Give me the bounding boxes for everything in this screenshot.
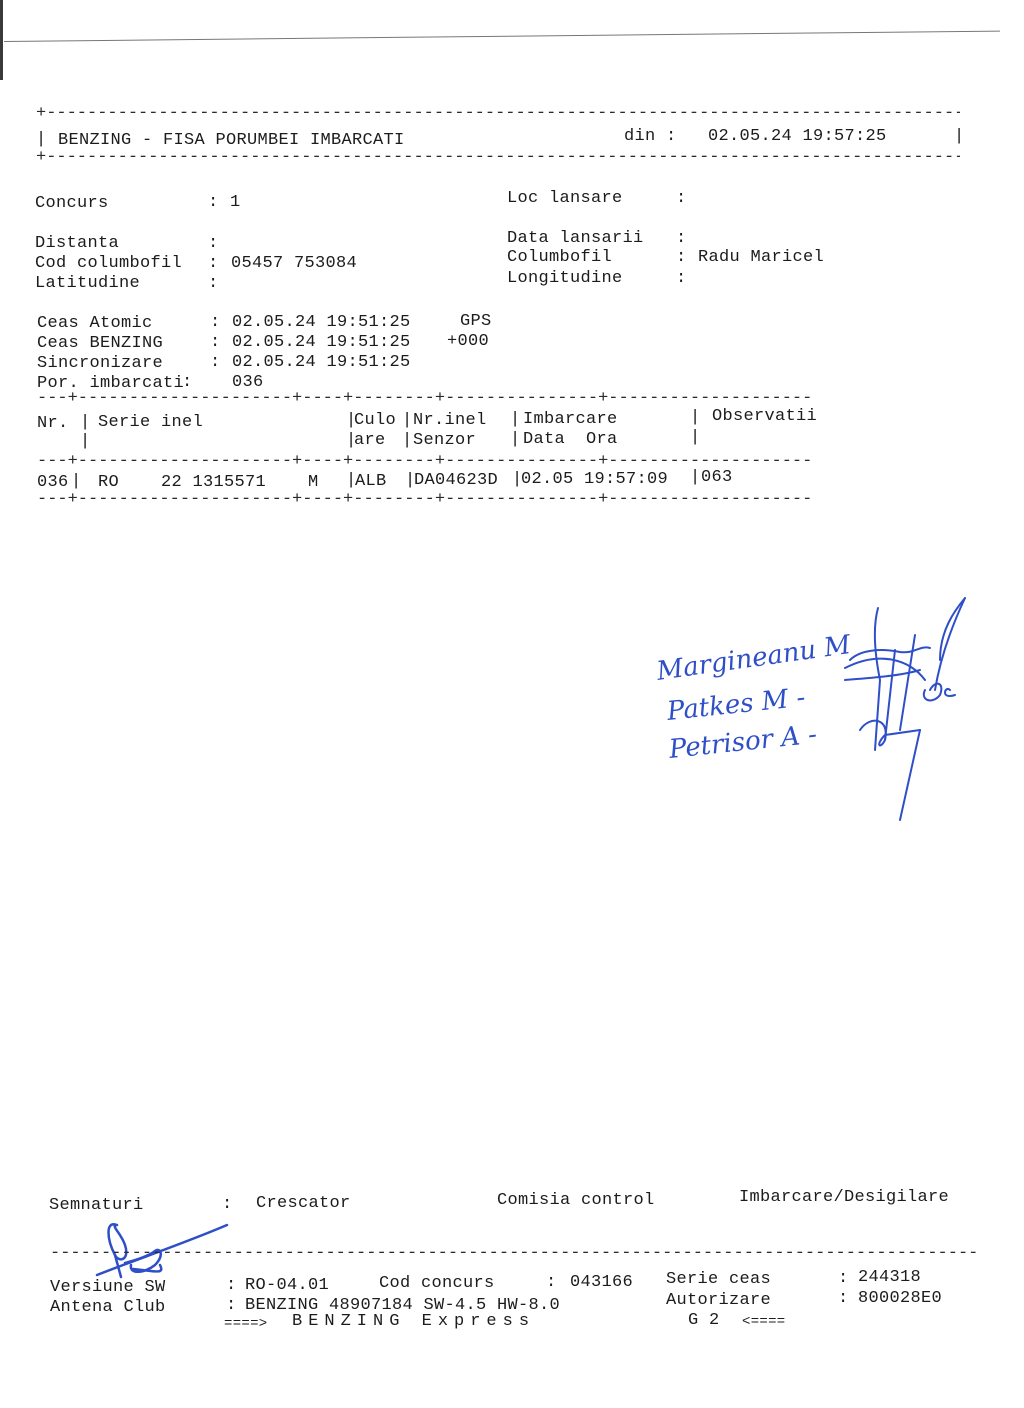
value-ceas-benzing: 02.05.24 19:51:25 [232, 333, 411, 353]
table-border-bottom: ---+---------------------+----+--------+… [37, 490, 965, 510]
th-nr: Nr. [37, 414, 69, 434]
sep: : [210, 313, 221, 333]
col-sep: | [71, 472, 82, 492]
label-comisia-control: Comisia control [497, 1191, 655, 1211]
th-nr-inel-1: Nr.inel [413, 411, 487, 431]
cell-observatii: 063 [701, 468, 733, 488]
handwritten-name-3: Petrisor A - [667, 720, 819, 765]
cell-imbarcare: 02.05 19:57:09 [521, 470, 668, 490]
sep-concurs: : [208, 193, 219, 213]
label-imbarcare-desigilare: Imbarcare/Desigilare [739, 1188, 949, 1208]
banner-model: G 2 [688, 1311, 720, 1331]
label-serie-ceas: Serie ceas [666, 1270, 771, 1290]
value-serie-ceas: 244318 [858, 1268, 921, 1288]
label-distanta: Distanta [35, 234, 119, 254]
label-autorizare: Autorizare [666, 1291, 771, 1311]
sep-columbofil: : [676, 248, 687, 268]
sep-cod-columbofil: : [208, 254, 219, 274]
sep: : [210, 333, 221, 353]
th-culoare-1: Culo [354, 411, 396, 431]
scan-top-rule [4, 31, 1000, 42]
col-sep: | [510, 410, 521, 430]
sep: : [226, 1296, 237, 1316]
label-ceas-benzing: Ceas BENZING [37, 334, 163, 354]
label-latitudine: Latitudine [35, 274, 140, 294]
sep: : [226, 1276, 237, 1296]
header-pipe-left: | [36, 130, 47, 150]
sep: : [210, 353, 221, 373]
label-semnaturi: Semnaturi [49, 1196, 144, 1216]
label-data-lansarii: Data lansarii [507, 229, 644, 249]
commission-signatures: Margineanu M Patkes M - Petrisor A - [640, 590, 980, 830]
label-versiune-sw: Versiune SW [50, 1278, 166, 1298]
extra-ceas-benzing: +000 [447, 332, 489, 352]
sep: : [838, 1269, 849, 1289]
th-serie-inel: Serie inel [98, 413, 203, 433]
value-cod-concurs: 043166 [570, 1273, 633, 1293]
th-nr-inel-2: Senzor [413, 431, 476, 451]
banner-arrow-right: <==== [742, 1312, 786, 1332]
value-columbofil: Radu Maricel [698, 248, 824, 268]
th-imbarcare-1: Imbarcare [523, 410, 618, 430]
label-antena-club: Antena Club [50, 1298, 166, 1318]
label-concurs: Concurs [35, 194, 109, 214]
extra-ceas-atomic: GPS [460, 312, 492, 332]
label-ceas-atomic: Ceas Atomic [37, 314, 153, 334]
sep: : [838, 1289, 849, 1309]
col-sep: | [80, 413, 91, 433]
header-din-value: 02.05.24 19:57:25 [708, 127, 887, 147]
col-sep: | [510, 430, 521, 450]
col-sep: | [690, 408, 701, 428]
cell-culoare: ALB [355, 472, 387, 492]
header-din-label: din : [624, 127, 677, 147]
col-sep: | [80, 432, 91, 452]
value-cod-columbofil: 05457 753084 [231, 254, 357, 274]
sep: : [546, 1273, 557, 1293]
table-border-top: ---+---------------------+----+--------+… [37, 389, 965, 409]
page-edge [0, 0, 3, 80]
th-observatii: Observatii [712, 407, 817, 427]
th-culoare-2: are [354, 431, 386, 451]
header-pipe-right: | [954, 127, 965, 147]
value-ceas-atomic: 02.05.24 19:51:25 [232, 313, 411, 333]
sep-data-lansarii: : [676, 229, 687, 249]
header-border-bottom: +---------------------------------------… [36, 148, 960, 168]
col-sep: | [690, 428, 701, 448]
col-sep: | [690, 468, 701, 488]
cell-senzor: DA04623D [414, 471, 498, 491]
sep-loc-lansare: : [676, 189, 687, 209]
handwritten-name-1: Margineanu M [654, 630, 854, 687]
header-border-top: +---------------------------------------… [36, 104, 960, 124]
label-longitudine: Longitudine [507, 269, 623, 289]
value-concurs: 1 [230, 193, 241, 213]
label-sincronizare: Sincronizare [37, 354, 163, 374]
handwritten-name-2: Patkes M - [665, 683, 807, 727]
sep-semnaturi: : [222, 1195, 233, 1215]
table-border-mid: ---+---------------------+----+--------+… [37, 452, 965, 472]
col-sep: | [402, 431, 413, 451]
th-imbarcare-2: Data Ora [523, 430, 618, 450]
banner-arrow-left: ====> [224, 1314, 268, 1334]
value-versiune-sw: RO-04.01 [245, 1276, 329, 1296]
footer-divider: ----------------------------------------… [50, 1244, 976, 1264]
sep-distanta: : [208, 234, 219, 254]
label-cod-concurs: Cod concurs [379, 1274, 495, 1294]
label-crescator: Crescator [256, 1194, 351, 1214]
col-sep: | [402, 411, 413, 431]
sep-longitudine: : [676, 269, 687, 289]
value-autorizare: 800028E0 [858, 1289, 942, 1309]
label-loc-lansare: Loc lansare [507, 189, 623, 209]
label-cod-columbofil: Cod columbofil [35, 254, 182, 274]
value-sincronizare: 02.05.24 19:51:25 [232, 353, 411, 373]
sep-latitudine: : [208, 274, 219, 294]
label-columbofil: Columbofil [507, 248, 612, 268]
banner-benzing-express: BENZING Express [292, 1312, 535, 1332]
